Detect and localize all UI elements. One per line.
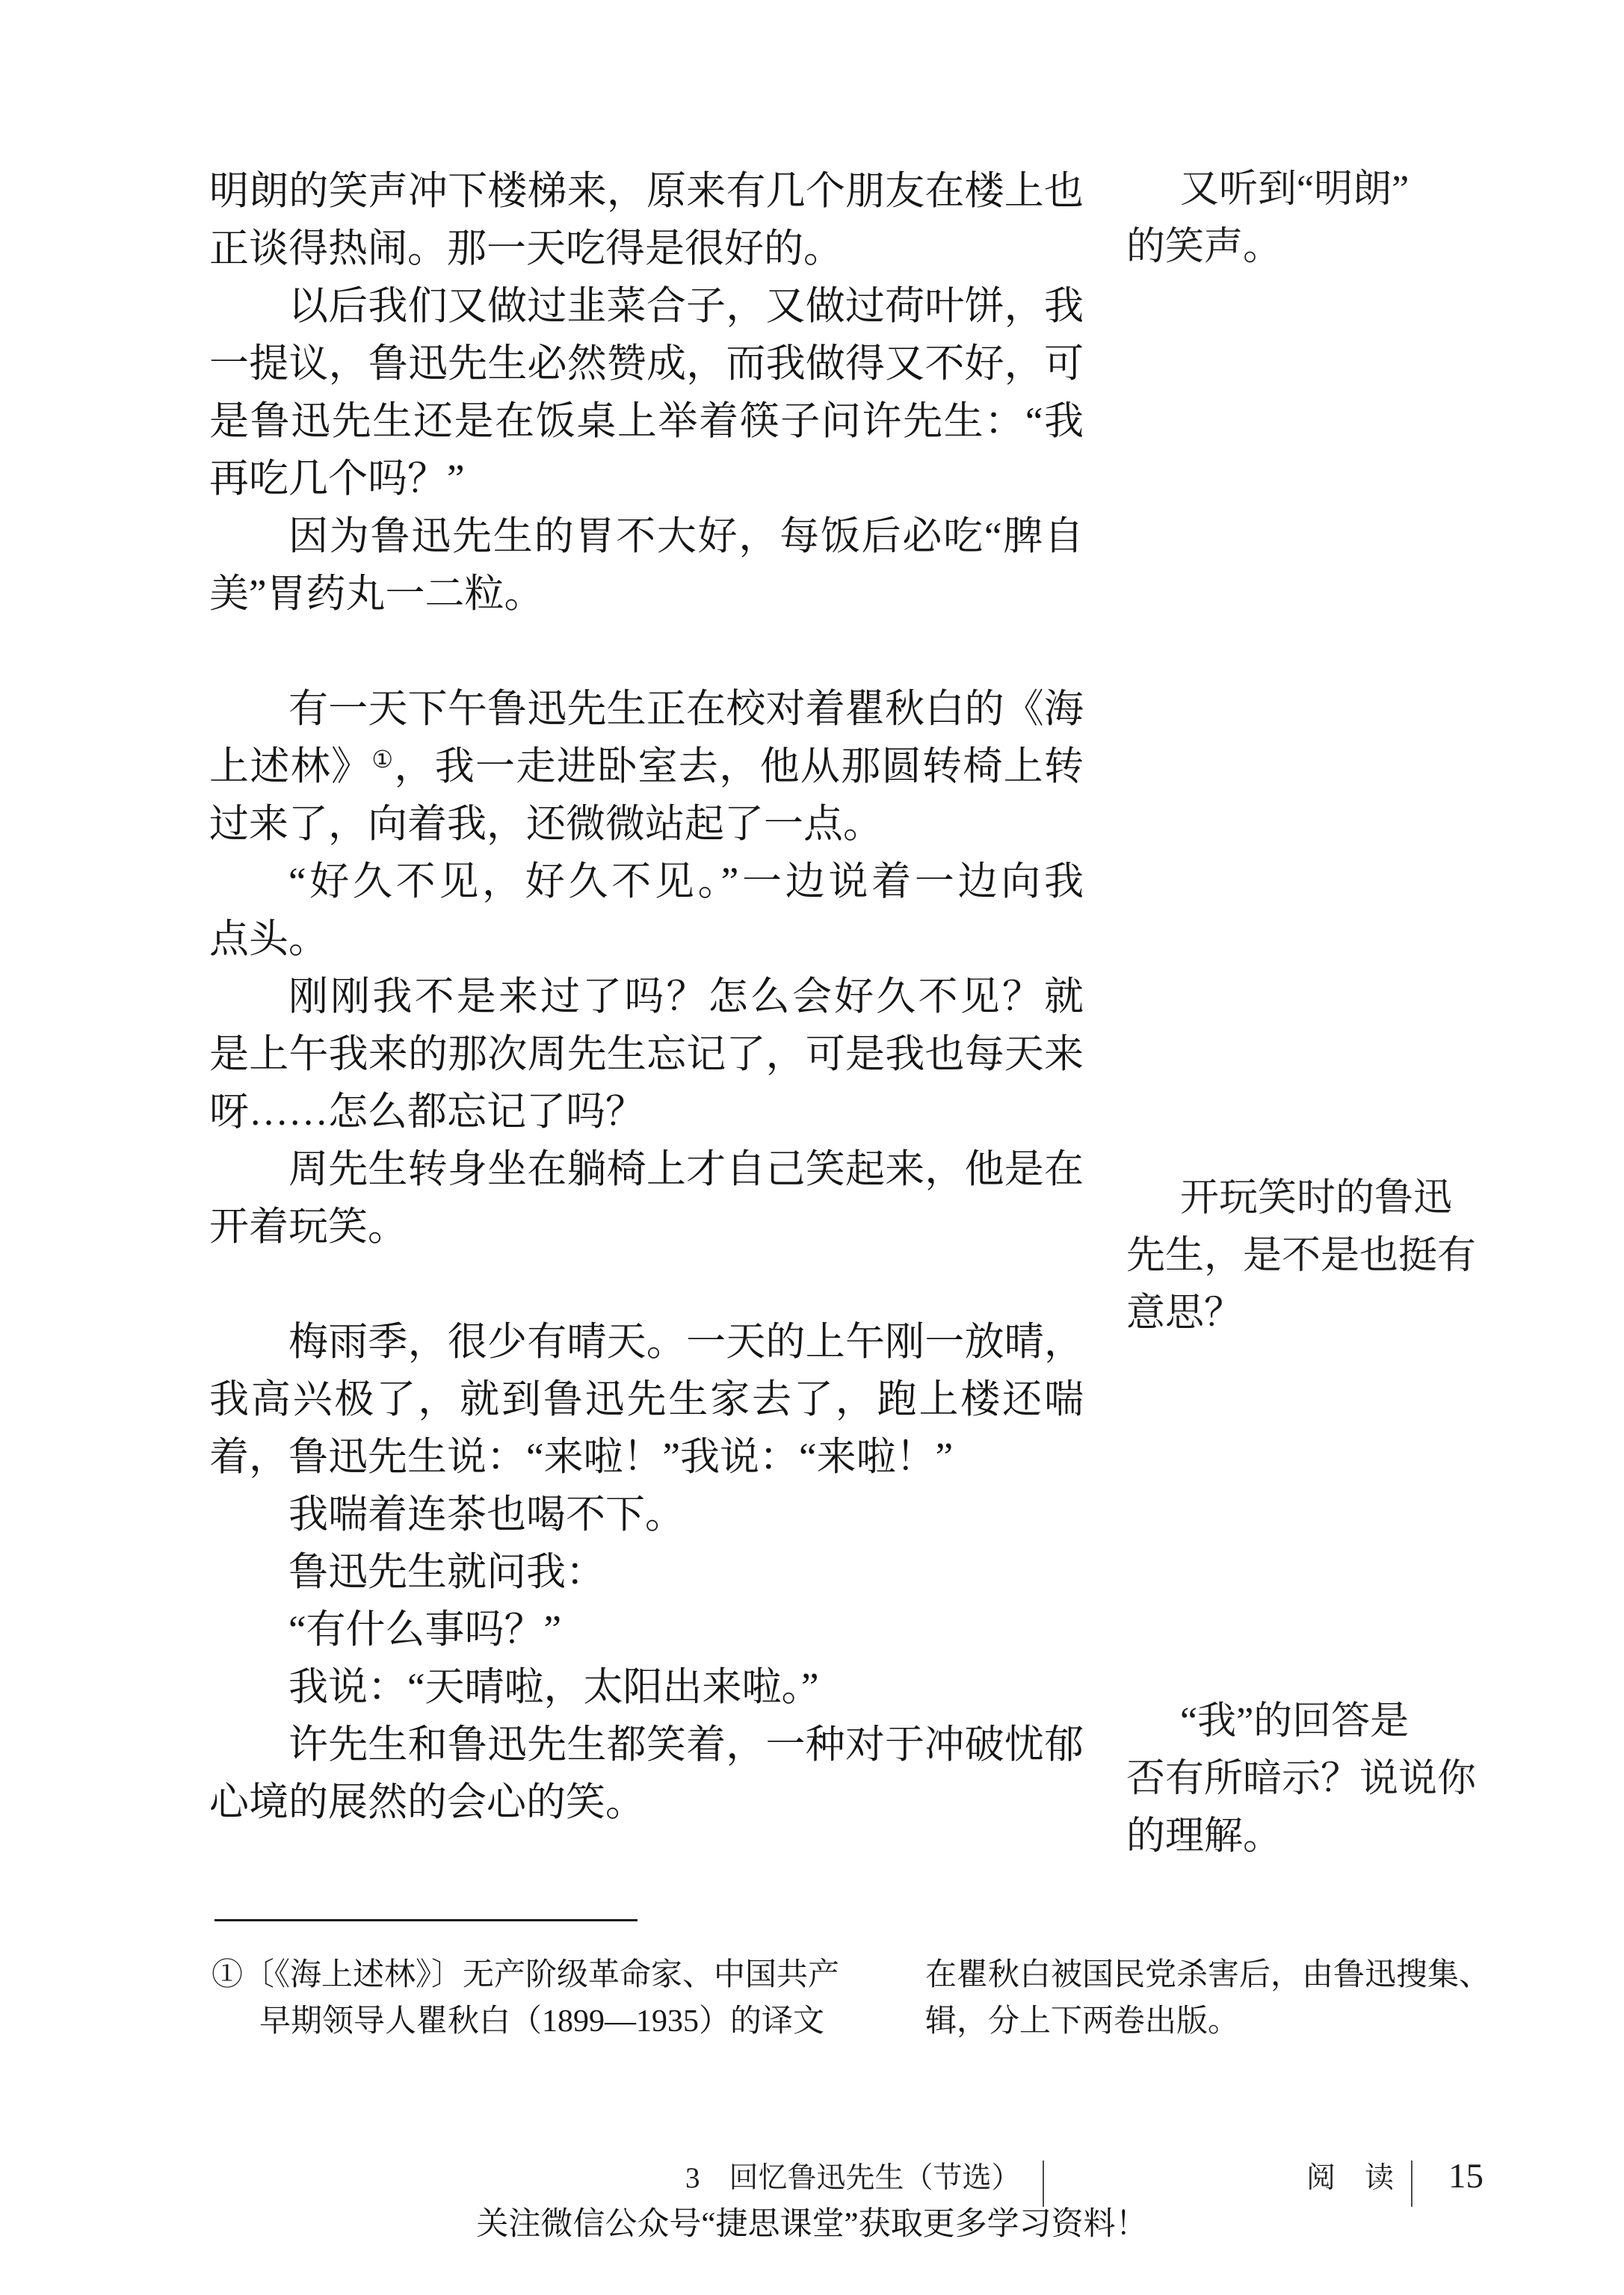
footer-divider-bar [1411,2160,1412,2207]
text-line: 心境的展然的会心的笑。 [209,1774,1084,1832]
footer-section-label: 阅 读 [1306,2161,1394,2196]
margin-note-3: “我”的回答是 否有所暗示？说说你 的理解。 [1126,1693,1504,1865]
text-line: 再吃几个吗？” [209,451,1084,508]
text-line: “好久不见，好久不见。”一边说着一边向我 [209,853,1084,911]
text-line: 一提议，鲁迅先生必然赞成，而我做得又不好，可 [209,336,1084,393]
promo-banner-text: 关注微信公众号“捷思课堂”获取更多学习资料！ [0,2205,1624,2244]
text-line: 明朗的笑声冲下楼梯来，原来有几个朋友在楼上也 [209,163,1084,220]
text-segment: 上述林》 [209,745,371,788]
margin-note-line: 的理解。 [1126,1808,1504,1865]
text-line: 许先生和鲁迅先生都笑着，一种对于冲破忧郁 [209,1717,1084,1774]
text-line: 美”胃药丸一二粒。 [209,566,1084,623]
margin-note-line: 开玩笑时的鲁迅 [1126,1170,1504,1227]
footnote-right-column: 在瞿秋白被国民党杀害后，由鲁迅搜集、编 辑，分上下两卷出版。 [925,1952,1501,2045]
text-line: 开着玩笑。 [209,1199,1084,1256]
margin-note-line: “我”的回答是 [1126,1693,1504,1750]
margin-note-line: 否有所暗示？说说你 [1126,1750,1504,1808]
text-line-with-footnote-ref: 上述林》①，我一走进卧室去，他从那圆转椅上转 [209,738,1084,796]
footnote-line: 辑，分上下两卷出版。 [925,1998,1501,2045]
textbook-page: 明朗的笑声冲下楼梯来，原来有几个朋友在楼上也 正谈得热闹。那一天吃得是很好的。 … [0,0,1624,2295]
text-segment: ，我一走进卧室去，他从那圆转椅上转 [394,745,1084,788]
text-line: 有一天下午鲁迅先生正在校对着瞿秋白的《海 [209,681,1084,738]
text-line: 是上午我来的那次周先生忘记了，可是我也每天来 [209,1026,1084,1084]
text-line: 刚刚我不是来过了吗？怎么会好久不见？就 [209,969,1084,1026]
footnote-line: 早期领导人瞿秋白（1899—1935）的译文集。 [212,1998,854,2045]
text-line: 鲁迅先生就问我： [209,1544,1084,1601]
text-line: 周先生转身坐在躺椅上才自己笑起来，他是在 [209,1141,1084,1199]
text-line: 以后我们又做过韭菜合子，又做过荷叶饼，我 [209,278,1084,336]
text-line: 着，鲁迅先生说：“来啦！”我说：“来啦！” [209,1429,1084,1486]
text-line: 是鲁迅先生还是在饭桌上举着筷子问许先生：“我 [209,393,1084,451]
text-line: 我喘着连茶也喝不下。 [209,1486,1084,1544]
text-line: “有什么事吗？” [209,1601,1084,1659]
footer-page-number: 15 [1448,2157,1483,2196]
section-gap [209,1256,1084,1314]
footer-divider-bar [1043,2160,1044,2207]
text-line: 我说：“天晴啦，太阳出来啦。” [209,1659,1084,1717]
text-line: 梅雨季，很少有晴天。一天的上午刚一放晴， [209,1314,1084,1371]
margin-note-line: 的笑声。 [1126,218,1504,276]
text-line: 因为鲁迅先生的胃不大好，每饭后必吃“脾自 [209,508,1084,566]
margin-note-1: 又听到“明朗” 的笑声。 [1126,161,1504,276]
text-line: 点头。 [209,911,1084,969]
main-text-column: 明朗的笑声冲下楼梯来，原来有几个朋友在楼上也 正谈得热闹。那一天吃得是很好的。 … [209,163,1084,1832]
footnote-separator-rule [214,1919,637,1921]
footnote-line: ①〔《海上述林》〕无产阶级革命家、中国共产党 [212,1952,854,1998]
margin-note-line: 意思？ [1126,1285,1504,1342]
footer-lesson-title: 3 回忆鲁迅先生（节选） [685,2161,1021,2196]
footnote-line: 在瞿秋白被国民党杀害后，由鲁迅搜集、编 [925,1952,1501,1998]
margin-note-2: 开玩笑时的鲁迅 先生，是不是也挺有 意思？ [1126,1170,1504,1342]
text-line: 过来了，向着我，还微微站起了一点。 [209,796,1084,853]
margin-note-line: 先生，是不是也挺有 [1126,1227,1504,1285]
section-gap [209,623,1084,681]
footnote-reference-1: ① [371,746,394,773]
text-line: 呀……怎么都忘记了吗？ [209,1084,1084,1141]
margin-note-line: 又听到“明朗” [1126,161,1504,218]
text-line: 我高兴极了，就到鲁迅先生家去了，跑上楼还喘 [209,1371,1084,1429]
footnote-left-column: ①〔《海上述林》〕无产阶级革命家、中国共产党 早期领导人瞿秋白（1899—193… [212,1952,854,2045]
text-line: 正谈得热闹。那一天吃得是很好的。 [209,220,1084,278]
